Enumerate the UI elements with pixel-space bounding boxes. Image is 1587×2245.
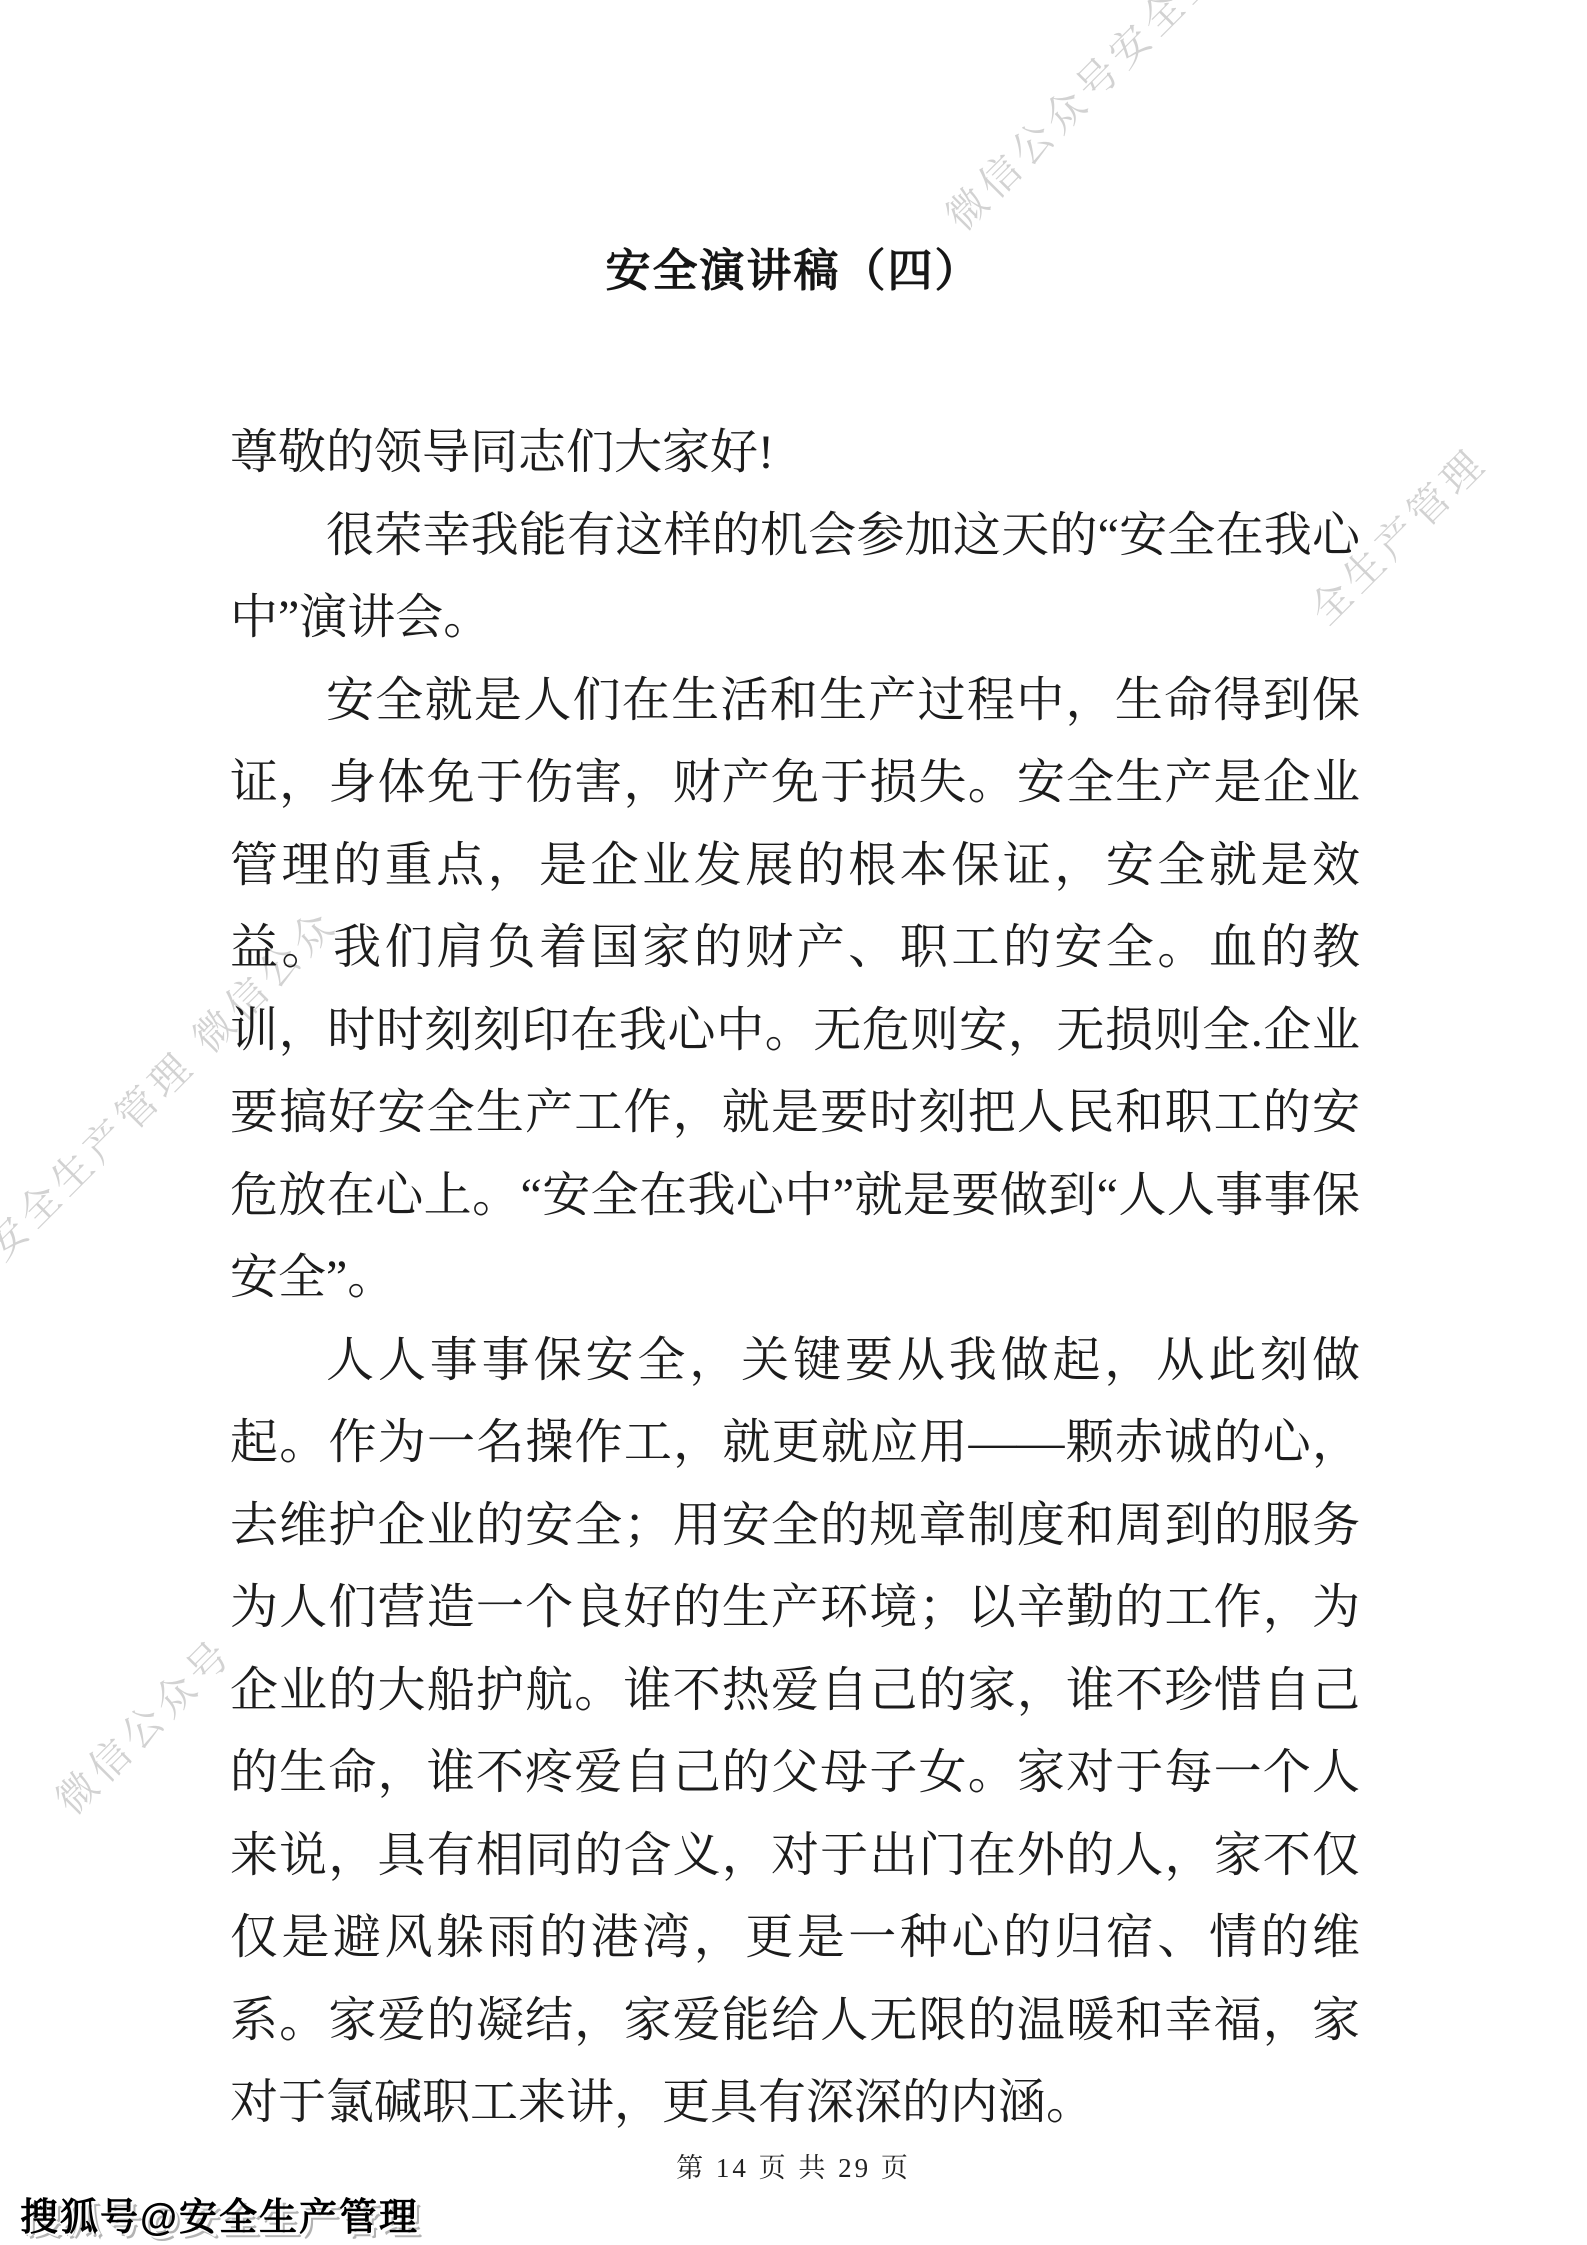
paragraph-intro: 很荣幸我能有这样的机会参加这天的“安全在我心中”演讲会。 xyxy=(230,495,1360,660)
paragraph-greeting: 尊敬的领导同志们大家好! xyxy=(230,412,1360,495)
watermark-left-lower: 微信公众号 xyxy=(50,1631,241,1822)
source-stamp: 搜狐号@安全生产管理 xyxy=(20,2186,419,2241)
document-page: 微信公众号安全生产管理 全生产管理 号安全生产管理 微信公众 微信公众号 安全演… xyxy=(0,0,1587,2245)
page-title: 安全演讲稿（四） xyxy=(0,234,1587,299)
watermark-top-right: 微信公众号安全生产管理 xyxy=(940,0,1326,238)
paragraph-personal-commitment: 人人事事保安全，关键要从我做起，从此刻做起。作为一名操作工，就更就应用——颗赤诚… xyxy=(230,1320,1360,2145)
page-number-footer: 第 14 页 共 29 页 xyxy=(0,2146,1587,2185)
document-body: 尊敬的领导同志们大家好! 很荣幸我能有这样的机会参加这天的“安全在我心中”演讲会… xyxy=(230,412,1360,2145)
paragraph-safety-definition: 安全就是人们在生活和生产过程中，生命得到保证，身体免于伤害，财产免于损失。安全生… xyxy=(230,660,1360,1320)
